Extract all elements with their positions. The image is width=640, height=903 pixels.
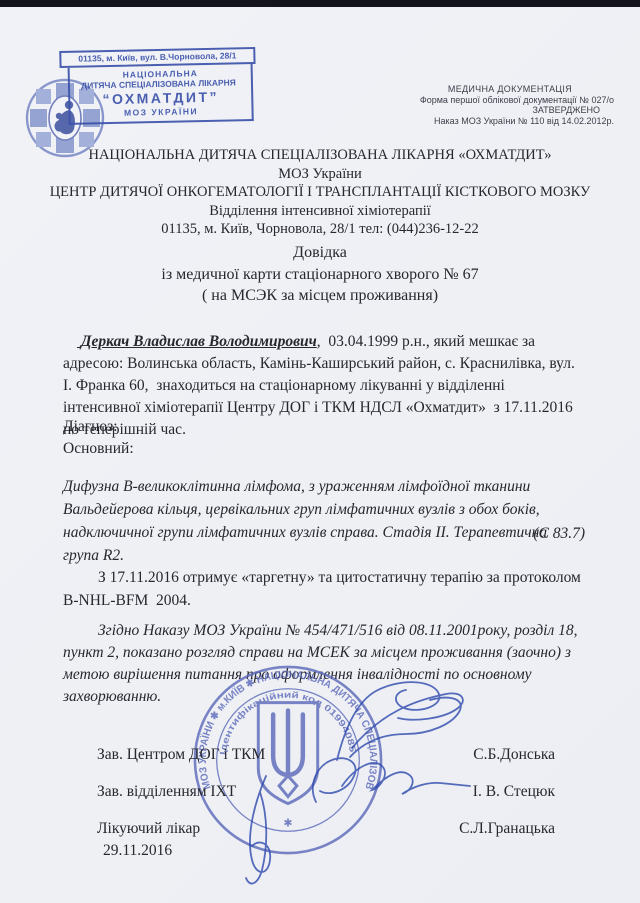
scanned-document-page: 01135, м. Київ, вул. В.Чорновола, 28/1 Н… [0,0,640,903]
org-line: 01135, м. Київ, Чорновола, 28/1 тел: (04… [30,220,610,239]
org-header: НАЦІОНАЛЬНА ДИТЯЧА СПЕЦІАЛІЗОВАНА ЛІКАРН… [30,146,610,239]
meta-line: Наказ МОЗ України № 110 від 14.02.2012р. [334,116,614,127]
meta-line: МЕДИЧНА ДОКУМЕНТАЦІЯ [334,84,572,95]
signature-row: Зав. Центром ДОГ і ТКМ С.Б.Донська [97,746,555,764]
meta-line: ЗАТВЕРДЖЕНО [334,105,600,116]
org-line: МОЗ України [30,165,610,184]
document-title: Довідка із медичної карти стаціонарного … [30,242,610,307]
title-line: Довідка [30,242,610,264]
signer-name: С.Б.Донська [473,746,555,764]
org-line: ЦЕНТР ДИТЯЧОЇ ОНКОГЕМАТОЛОГІЇ І ТРАНСПЛА… [30,183,610,202]
title-line: ( на МСЭК за місцем проживання) [30,285,610,307]
org-line: Відділення інтенсивної хіміотерапії [30,202,610,221]
scan-edge-strip [0,0,640,7]
diagnosis-labels: Діагноз: Основний: [63,416,585,459]
signer-name: С.Л.Гранацька [459,820,555,838]
patient-name: Деркач Владислав Володимирович [77,333,317,350]
signer-role: Зав. Центром ДОГ і ТКМ [97,746,265,764]
signature-date: 29.11.2016 [103,842,172,860]
org-line: НАЦІОНАЛЬНА ДИТЯЧА СПЕЦІАЛІЗОВАНА ЛІКАРН… [30,146,610,165]
icd-code: (С 83.7) [63,523,591,545]
title-line: із медичної карти стаціонарного хворого … [30,264,610,286]
signature-row: Лікуючий лікар С.Л.Гранацька [97,820,555,838]
form-meta-block: МЕДИЧНА ДОКУМЕНТАЦІЯ Форма першої обліко… [334,84,614,126]
stamp-body: НАЦІОНАЛЬНА ДИТЯЧА СПЕЦІАЛІЗОВАНА ЛІКАРН… [68,64,254,125]
signer-role: Зав. відділенням ІХТ [97,783,236,801]
diagnosis-label: Діагноз: [63,416,585,438]
corner-stamp: 01135, м. Київ, вул. В.Чорновола, 28/1 Н… [59,47,257,125]
signer-role: Лікуючий лікар [97,820,200,838]
therapy-paragraph: З 17.11.2016 отримує «таргетну» та цитос… [63,566,585,612]
signature-row: Зав. відділенням ІХТ І. В. Стецюк [97,783,555,801]
diagnosis-main-label: Основний: [63,438,585,460]
diagnosis-text: Дифузна В-великоклітинна лімфома, з ураж… [63,475,585,567]
signer-name: І. В. Стецюк [473,783,555,801]
meta-line: Форма першої облікової документації № 02… [334,95,614,106]
